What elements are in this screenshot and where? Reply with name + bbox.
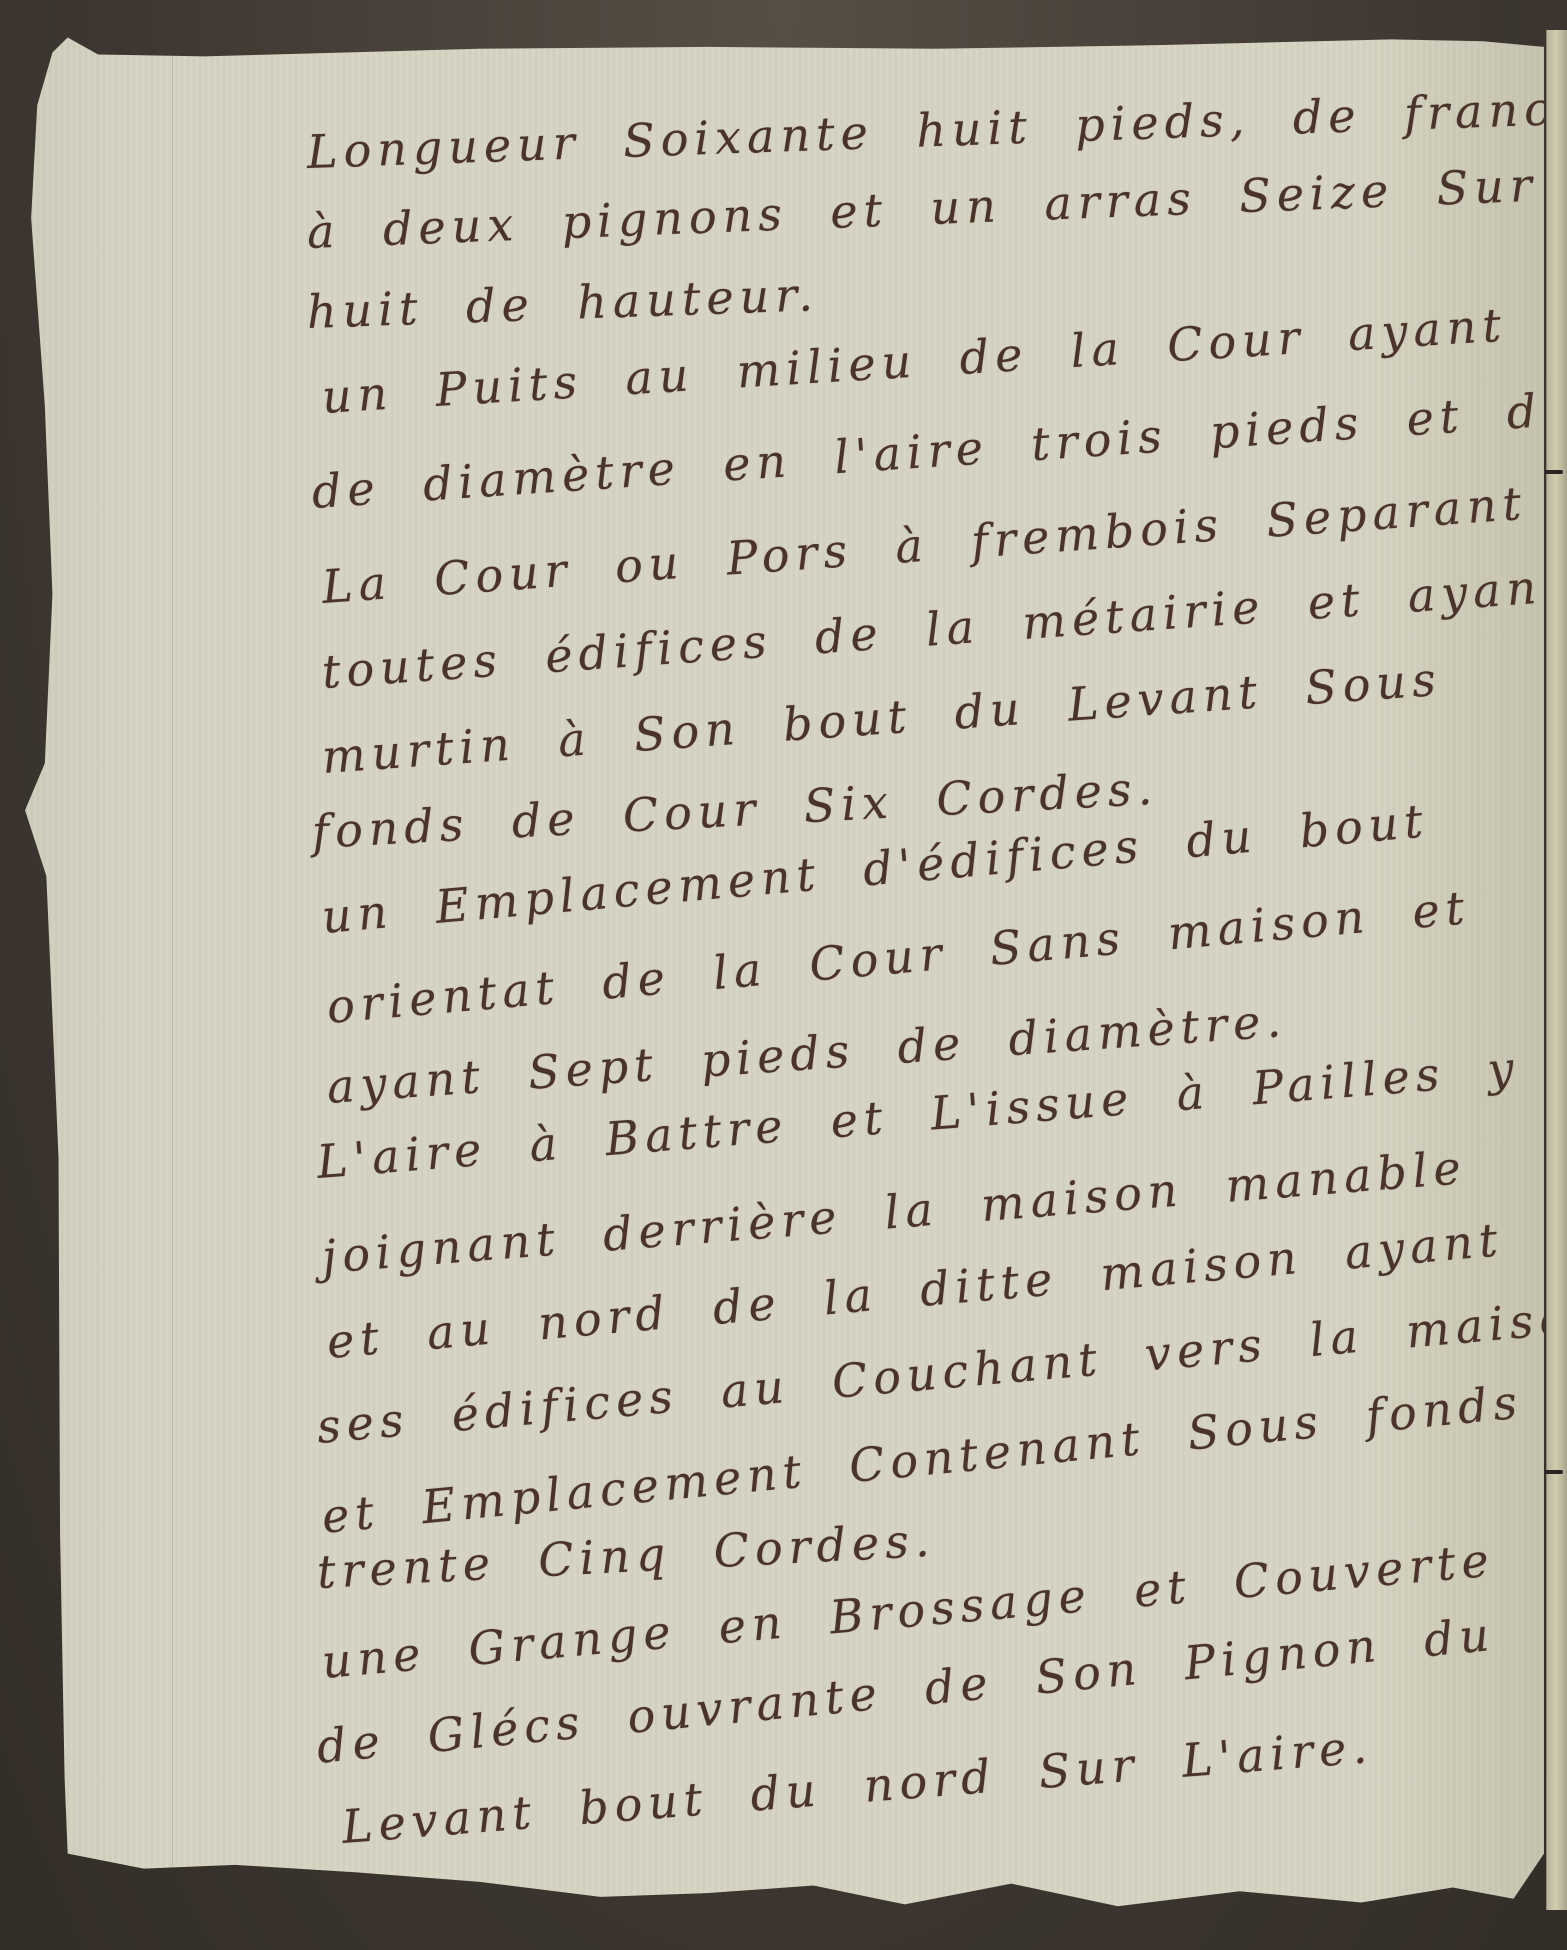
- manuscript-line: à deux pignons et un arras Seize Sur: [306, 158, 1539, 259]
- handwritten-text-block: Longueur Soixante huit pieds, de franc à…: [22, 30, 1544, 1910]
- binding-thread-mark: [1545, 1470, 1563, 1474]
- manuscript-page: Longueur Soixante huit pieds, de franc à…: [22, 30, 1544, 1910]
- binding-thread-mark: [1545, 470, 1563, 474]
- book-binding-edge: [1546, 30, 1567, 1910]
- manuscript-line: huit de hauteur.: [306, 267, 820, 339]
